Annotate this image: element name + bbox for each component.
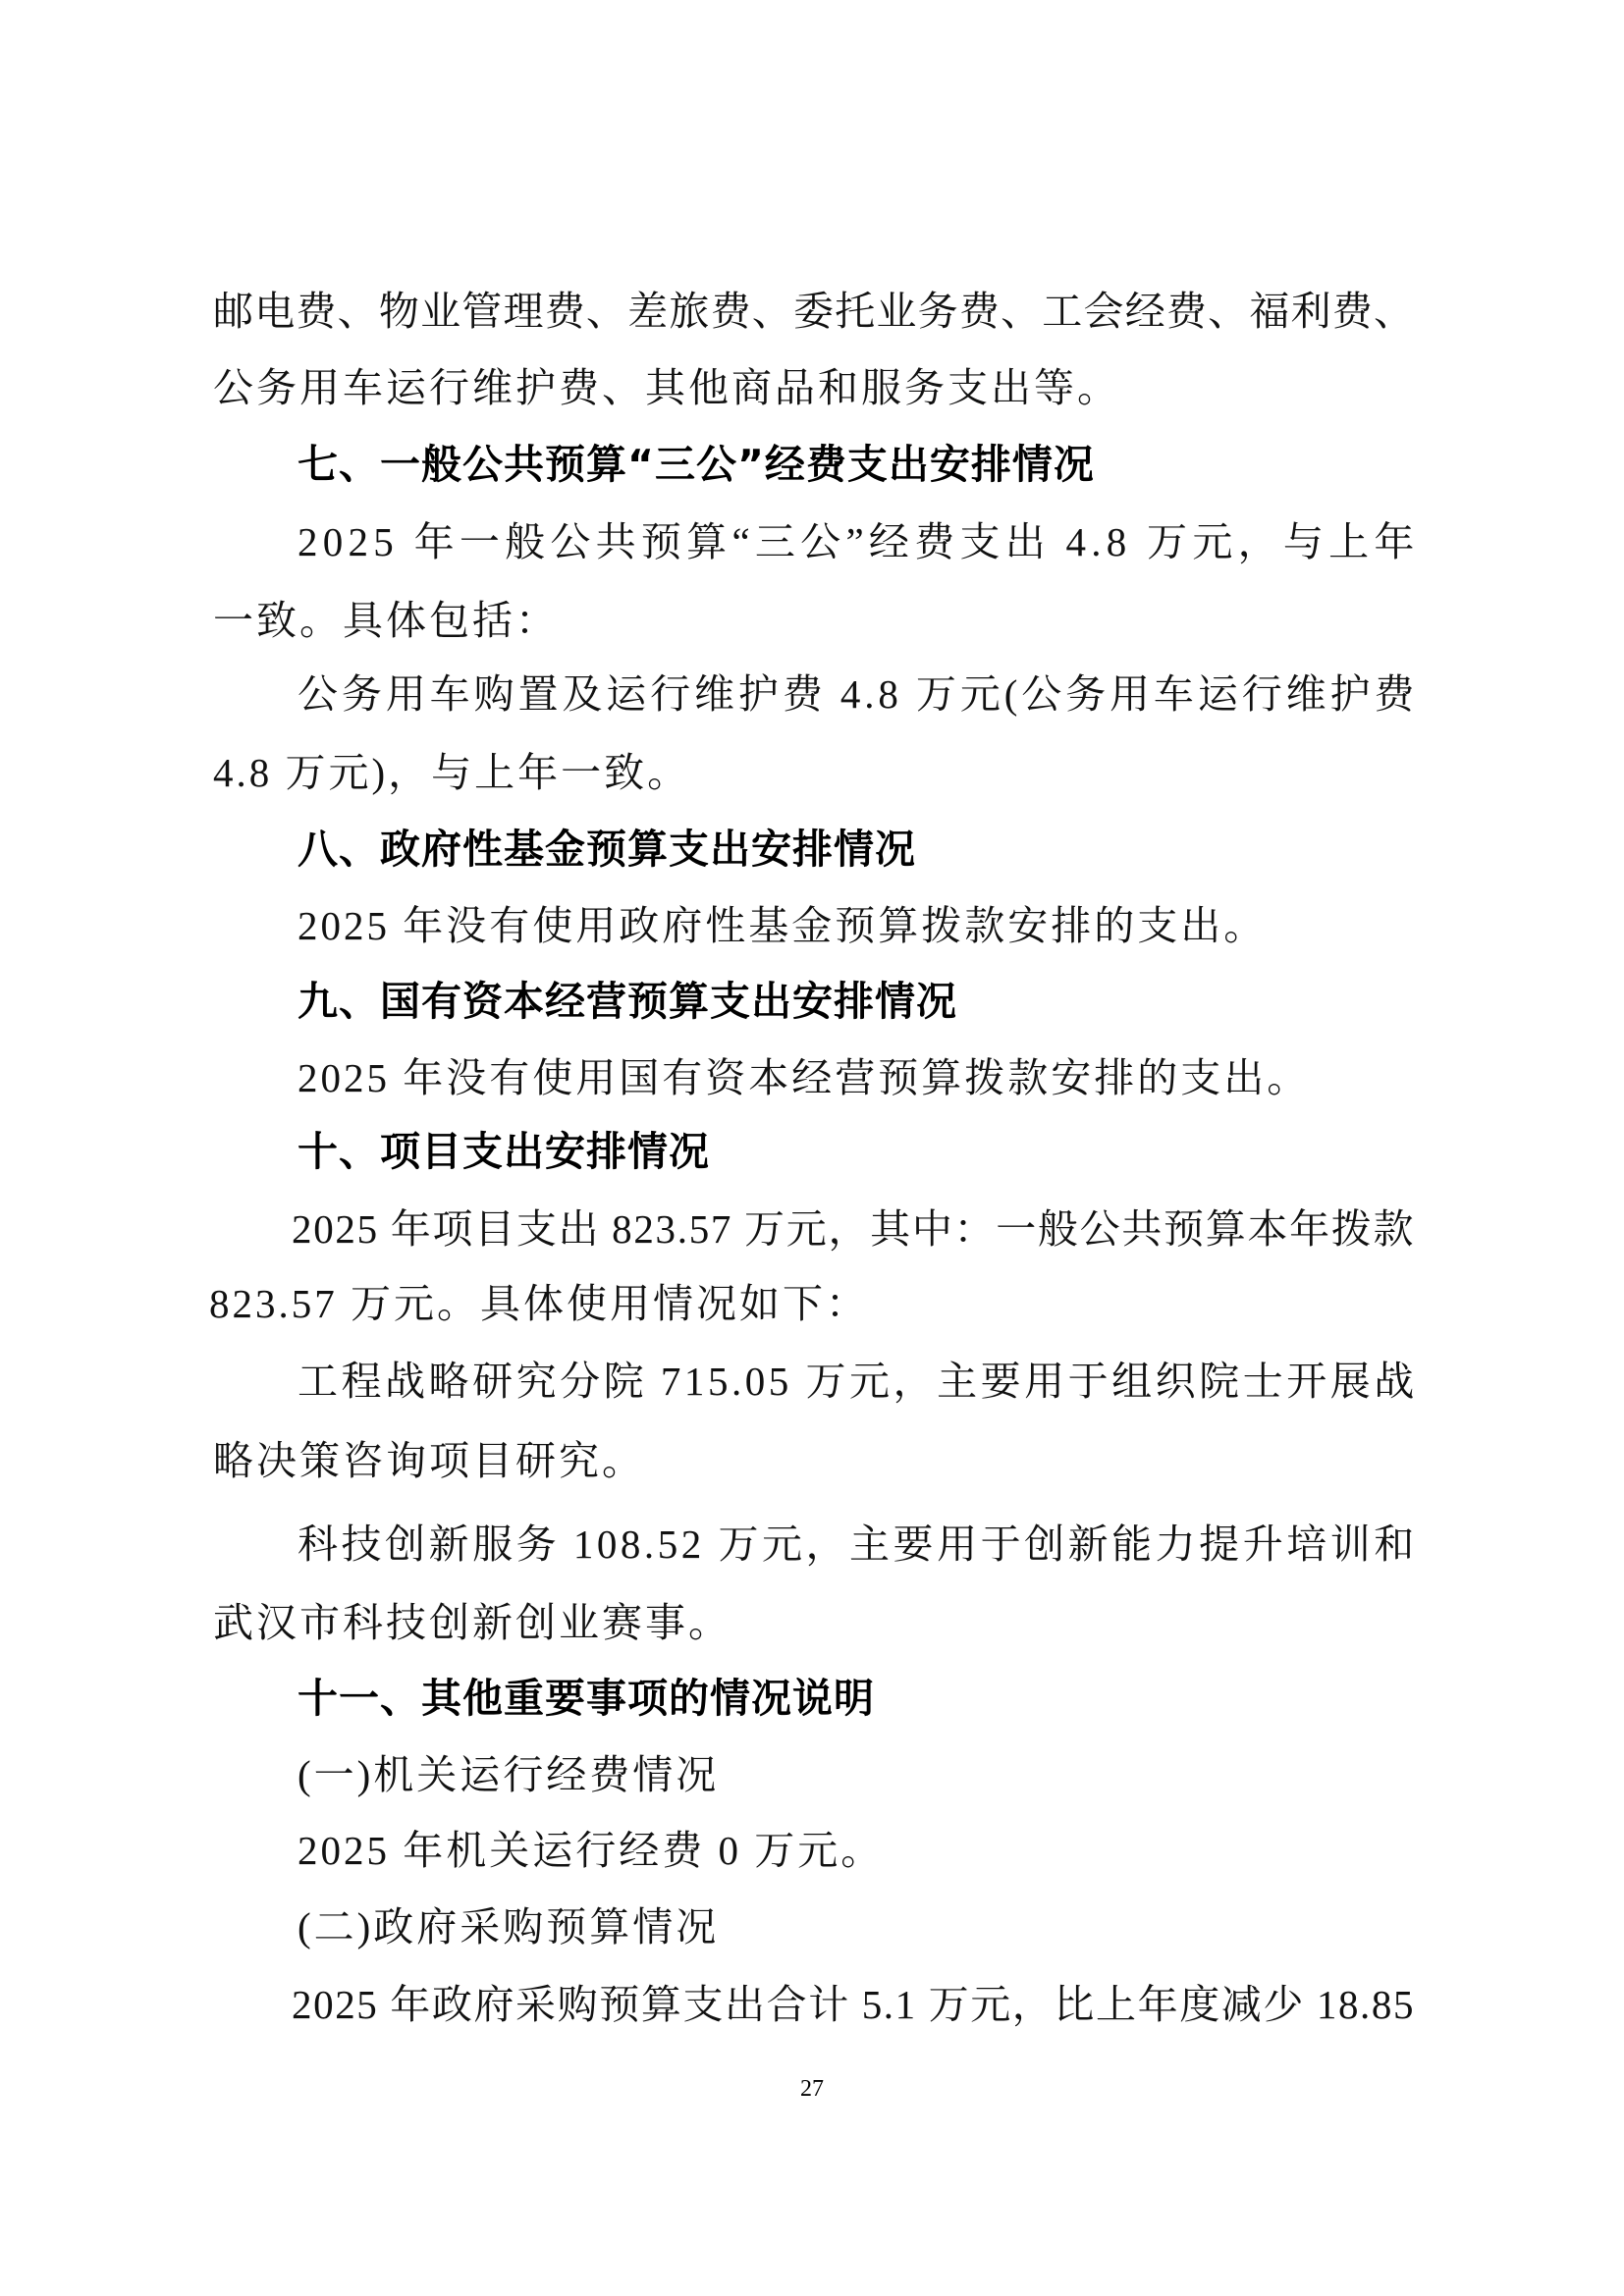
body-line-wuhan-competition: 武汉市科技创新创业赛事。	[213, 1595, 1414, 1650]
body-line-three-public-total: 2025 年一般公共预算“三公”经费支出 4.8 万元，与上年	[298, 514, 1414, 569]
body-line-state-capital-none: 2025 年没有使用国有资本经营预算拨款安排的支出。	[298, 1050, 1414, 1105]
document-page: 邮电费、物业管理费、差旅费、委托业务费、工会经费、福利费、 公务用车运行维护费、…	[0, 0, 1624, 2296]
body-line-engineering-strategy: 工程战略研究分院 715.05 万元，主要用于组织院士开展战	[298, 1354, 1414, 1409]
page-number: 27	[0, 2075, 1624, 2103]
section-heading-ten-project-expenditure: 十、项目支出安排情况	[298, 1124, 1414, 1179]
body-line-procurement-total: 2025 年政府采购预算支出合计 5.1 万元，比上年度减少 18.85	[292, 1977, 1414, 2032]
section-heading-seven-three-public-expenses: 七、一般公共预算“三公”经费支出安排情况	[298, 437, 1414, 492]
body-line-strategy-consulting: 略决策咨询项目研究。	[213, 1433, 1414, 1488]
body-line-vehicle-purchase: 公务用车购置及运行维护费 4.8 万元(公务用车运行维护费	[298, 667, 1414, 721]
section-heading-nine-state-capital: 九、国有资本经营预算支出安排情况	[298, 974, 1414, 1029]
body-line-project-total: 2025 年项目支出 823.57 万元，其中：一般公共预算本年拨款	[292, 1201, 1414, 1256]
body-line-innovation-service: 科技创新服务 108.52 万元，主要用于创新能力提升培训和	[298, 1517, 1414, 1572]
body-line-project-details-follow: 823.57 万元。具体使用情况如下：	[209, 1276, 1410, 1331]
body-line-operating-expenses-zero: 2025 年机关运行经费 0 万元。	[298, 1823, 1414, 1878]
body-line-other-goods-services: 公务用车运行维护费、其他商品和服务支出等。	[213, 360, 1414, 415]
section-heading-eight-government-fund: 八、政府性基金预算支出安排情况	[298, 822, 1414, 877]
body-line-vehicle-same-as-last-year: 4.8 万元)，与上年一致。	[213, 745, 1414, 800]
subsection-heading-operating-expenses: (一)机关运行经费情况	[298, 1747, 1414, 1802]
body-line-government-fund-none: 2025 年没有使用政府性基金预算拨款安排的支出。	[298, 898, 1414, 953]
body-line-postal-fees: 邮电费、物业管理费、差旅费、委托业务费、工会经费、福利费、	[213, 284, 1414, 339]
body-line-details-include: 一致。具体包括：	[213, 593, 1414, 648]
subsection-heading-procurement-budget: (二)政府采购预算情况	[298, 1899, 1414, 1954]
section-heading-eleven-other-matters: 十一、其他重要事项的情况说明	[298, 1671, 1414, 1726]
